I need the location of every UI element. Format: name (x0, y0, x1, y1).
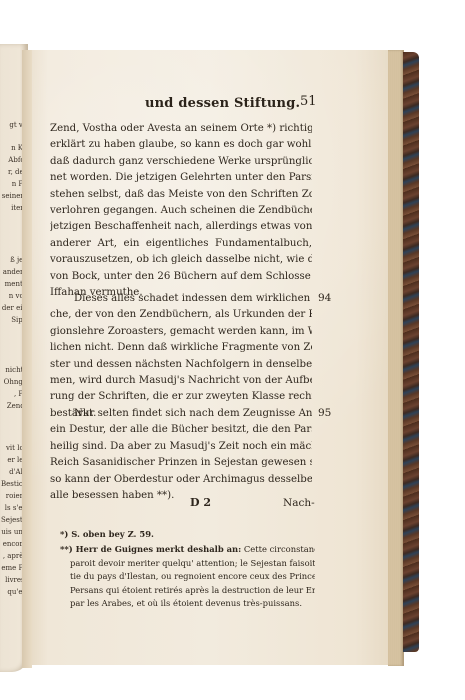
footnote-line: paroit devoir meriter quelqu' attention;… (60, 557, 315, 570)
text-line: stehen selbst, daß das Meiste von den Sc… (50, 187, 312, 203)
paragraph-3: Nur selten findet sich nach dem Zeugniss… (50, 406, 312, 504)
footnotes: *) S. oben bey Z. 59. **) Herr de Guigne… (60, 528, 315, 610)
text-line: Nur selten findet sich nach dem Zeugniss… (50, 406, 312, 422)
marbled-spine (403, 52, 419, 652)
signature-mark: D 2 (190, 496, 211, 509)
text-line: ster und dessen nächsten Nachfolgern in … (50, 357, 312, 373)
margin-number: 95 (318, 407, 331, 419)
text-line: vorauszusetzen, ob ich gleich dasselbe n… (50, 252, 312, 268)
margin-number: 94 (318, 292, 331, 304)
text-line: jetzigen Beschaffenheit nach, allerdings… (50, 219, 312, 235)
footnote-line: par les Arabes, et où ils étoient devenu… (60, 597, 315, 610)
text-line: anderer Art, ein eigentliches Fundamenta… (50, 236, 312, 252)
page-number: 51 (300, 94, 317, 109)
text-line: alle besessen haben **). (50, 488, 312, 504)
text-line: von Bock, unter den 26 Büchern auf dem S… (50, 269, 312, 285)
footnote-line: tie du pays d'Ilestan, ou regnoient enco… (60, 570, 315, 583)
footnote-line: Persans qui étoient retirés après la des… (60, 584, 315, 597)
page-edges (388, 50, 404, 666)
paragraph-2: Dieses alles schadet indessen dem wirkli… (50, 291, 312, 422)
text-line: so kann der Oberdestur oder Archimagus d… (50, 472, 312, 488)
running-head: und dessen Stiftung. (145, 96, 300, 111)
footnote-1: *) S. oben bey Z. 59. (60, 528, 315, 541)
footnote-2-first-line: **) Herr de Guignes merkt deshalb an: Ce… (60, 543, 315, 556)
text-line: daß dadurch ganz verschiedene Werke ursp… (50, 154, 312, 170)
text-line: heilig sind. Da aber zu Masudj's Zeit no… (50, 439, 312, 455)
footnote-2-text: Cette circonstance nous (241, 544, 315, 554)
text-line: erklärt zu haben glaube, so kann es doch… (50, 137, 312, 153)
paragraph-1: Zend, Vostha oder Avesta an seinem Orte … (50, 121, 312, 301)
text-line: lichen nicht. Denn daß wirkliche Fragmen… (50, 340, 312, 356)
text-line: Zend, Vostha oder Avesta an seinem Orte … (50, 121, 312, 137)
text-line: men, wird durch Masudj's Nachricht von d… (50, 373, 312, 389)
text-line: net worden. Die jetzigen Gelehrten unter… (50, 170, 312, 186)
text-line: gionslehre Zoroasters, gemacht werden ka… (50, 324, 312, 340)
text-line: rung der Schriften, die er zur zweyten K… (50, 389, 312, 405)
catchword: Nach- (283, 497, 315, 509)
text-line: verlohren gegangen. Auch scheinen die Ze… (50, 203, 312, 219)
text-line: Reich Sasanidischer Prinzen in Sejestan … (50, 455, 312, 471)
footnote-2-lead: **) Herr de Guignes merkt deshalb an: (60, 544, 241, 554)
text-line: ein Destur, der alle die Bücher besitzt,… (50, 422, 312, 438)
book-gutter (22, 50, 32, 668)
text-line: Dieses alles schadet indessen dem wirkli… (50, 291, 312, 307)
text-line: che, der von den Zendbüchern, als Urkund… (50, 307, 312, 323)
